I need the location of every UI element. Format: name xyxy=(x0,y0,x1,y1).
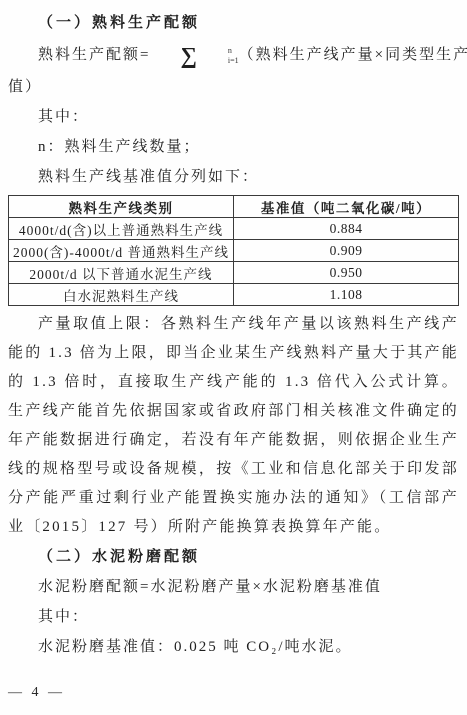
col-header-baseline-value: 基准值（吨二氧化碳/吨） xyxy=(234,196,459,218)
among-label-1: 其中： xyxy=(8,102,459,132)
table-row: 2000t/d 以下普通水泥生产线 0.950 xyxy=(9,262,459,284)
line-type-cell: 2000(含)-4000t/d 普通熟料生产线 xyxy=(9,240,234,262)
grinding-baseline-value: 水泥粉磨基准值：0.025 吨 CO₂/吨水泥。 xyxy=(8,632,459,662)
section1-heading: （一）熟料生产配额 xyxy=(8,8,459,38)
table-row: 2000(含)-4000t/d 普通熟料生产线 0.909 xyxy=(9,240,459,262)
sigma-upper-limit: n xyxy=(198,46,239,56)
baseline-value-cell: 0.950 xyxy=(234,262,459,284)
summation-symbol: ∑ni=1 xyxy=(150,44,238,67)
clinker-quota-formula: 熟料生产配额=∑ni=1（熟料生产线产量×同类型生产线基准 xyxy=(8,38,459,72)
formula-rhs: （熟料生产线产量×同类型生产线基准 xyxy=(239,47,467,63)
sigma-glyph: ∑ xyxy=(180,43,196,68)
table-row: 4000t/d(含)以上普通熟料生产线 0.884 xyxy=(9,218,459,240)
section2-heading: （二）水泥粉磨配额 xyxy=(8,542,459,572)
cement-grinding-formula: 水泥粉磨配额=水泥粉磨产量×水泥粉磨基准值 xyxy=(8,572,459,602)
line-type-cell: 2000t/d 以下普通水泥生产线 xyxy=(9,262,234,284)
formula-lhs: 熟料生产配额= xyxy=(38,47,150,63)
output-cap-paragraph: 产量取值上限：各熟料生产线年产量以该熟料生产线产能的 1.3 倍为上限，即当企业… xyxy=(8,310,459,542)
page-number: — 4 — xyxy=(8,685,65,701)
n-definition: n：熟料生产线数量； xyxy=(8,132,459,162)
sigma-lower-limit: i=1 xyxy=(198,56,239,66)
baseline-value-cell: 1.108 xyxy=(234,284,459,306)
col-header-line-type: 熟料生产线类别 xyxy=(9,196,234,218)
sigma-limits: ni=1 xyxy=(198,46,239,65)
line-type-cell: 4000t/d(含)以上普通熟料生产线 xyxy=(9,218,234,240)
among-label-2: 其中： xyxy=(8,602,459,632)
table-row: 白水泥熟料生产线 1.108 xyxy=(9,284,459,306)
formula-continuation: 值） xyxy=(8,72,459,102)
line-type-cell: 白水泥熟料生产线 xyxy=(9,284,234,306)
document-page: （一）熟料生产配额 熟料生产配额=∑ni=1（熟料生产线产量×同类型生产线基准 … xyxy=(0,0,467,715)
table-intro: 熟料生产线基准值分列如下： xyxy=(8,162,459,192)
baseline-values-table: 熟料生产线类别 基准值（吨二氧化碳/吨） 4000t/d(含)以上普通熟料生产线… xyxy=(8,195,459,306)
baseline-value-cell: 0.884 xyxy=(234,218,459,240)
baseline-value-cell: 0.909 xyxy=(234,240,459,262)
table-header-row: 熟料生产线类别 基准值（吨二氧化碳/吨） xyxy=(9,196,459,218)
